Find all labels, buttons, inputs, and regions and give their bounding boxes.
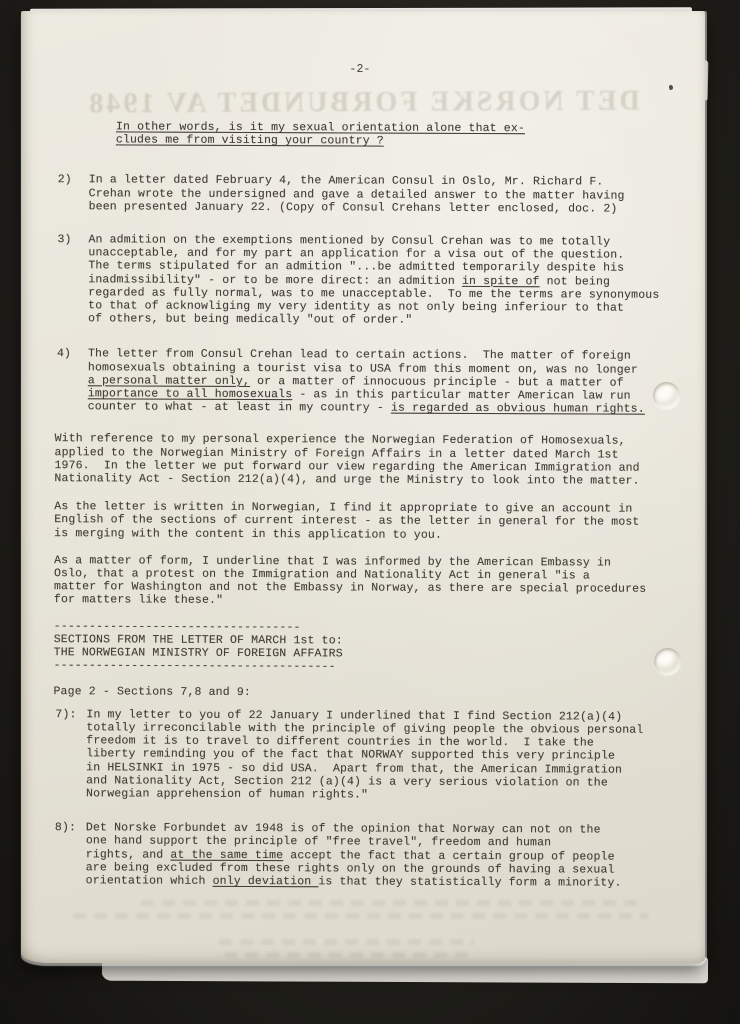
text-lines: In a letter dated February 4, the Americ… — [89, 174, 625, 216]
para-letter-language: As the letter is written in Norwegian, I… — [54, 500, 703, 542]
bleedthrough-text-row — [141, 900, 641, 906]
text-segment: of others, but being medically "out of o… — [88, 313, 412, 327]
text-segment: only deviation — [213, 875, 319, 888]
text-lines: An admition on the exemptions mentioned … — [88, 233, 660, 328]
text-line: ----------------------------------- — [54, 620, 301, 634]
bleedthrough-text-row — [73, 913, 649, 919]
text-segment: is merging with the content in this appl… — [54, 527, 442, 542]
text-segment: counter to what - at least in my country… — [88, 401, 391, 415]
text-lines: In my letter to you of 22 January I unde… — [86, 708, 643, 803]
text-lines: Page 2 - Sections 7,8 and 9: — [53, 685, 250, 699]
page2-sections-note: Page 2 - Sections 7,8 and 9: — [53, 685, 702, 701]
text-segment: importance to all homosexuals — [88, 387, 293, 401]
text-lines: With reference to my personal experience… — [54, 433, 639, 488]
text-segment: been presented January 22. (Copy of Cons… — [89, 200, 618, 215]
text-segment: orientation which — [86, 874, 213, 888]
text-segment: not being — [540, 275, 611, 288]
bleedthrough-text-row — [219, 939, 475, 945]
text-line: cludes me from visiting your country ? — [116, 134, 525, 149]
text-segment: or a matter of innocuous principle - but… — [250, 375, 624, 390]
text-lines: SECTIONS FROM THE LETTER OF MARCH 1st to… — [54, 633, 343, 661]
text-line: THE NORWEGIAN MINISTRY OF FOREIGN AFFAIR… — [54, 646, 343, 660]
document-body: In other words, is it my sexual orientat… — [21, 120, 705, 890]
text-line: Nationality Act - Section 212(a)(4), and… — [54, 472, 639, 488]
text-line: of others, but being medically "out of o… — [88, 313, 659, 329]
text-segment: - as in this particular matter American … — [292, 388, 631, 402]
text-line: Page 2 - Sections 7,8 and 9: — [53, 685, 250, 699]
desk-background: DET NORSKE FORBUNDET AV 1948 -2- In othe… — [0, 0, 740, 1024]
item-marker: 4) — [57, 348, 88, 361]
text-segment: for matters like these." — [54, 594, 223, 608]
para-federation-letter: With reference to my personal experience… — [54, 433, 703, 489]
text-segment: inadmissibility" - or to be more direct:… — [88, 273, 462, 288]
bleedthrough-text-row — [224, 952, 468, 958]
text-line: SECTIONS FROM THE LETTER OF MARCH 1st to… — [54, 633, 343, 647]
list-item-4: 4)The letter from Consul Crehan lead to … — [57, 348, 704, 417]
text-segment: ----------------------------------- — [54, 620, 301, 634]
text-lines: As a matter of form, I underline that I … — [54, 554, 647, 609]
text-line: ---------------------------------------- — [54, 659, 336, 673]
text-lines: The letter from Consul Crehan lead to ce… — [88, 348, 645, 416]
text-segment: is that they statistically form a minori… — [318, 875, 621, 889]
text-segment: a personal matter only, — [88, 374, 250, 388]
text-line: Norwegian apprehension of human rights." — [86, 787, 643, 803]
separator-dashes: ---------------------------------------- — [54, 659, 703, 675]
text-line: for matters like these." — [54, 594, 646, 610]
text-segment: Norwegian apprehension of human rights." — [86, 787, 368, 801]
text-line: counter to what - at least in my country… — [88, 401, 645, 417]
text-segment: rights, and — [86, 848, 171, 861]
text-segment: is regarded as obvious human rights. — [391, 402, 645, 416]
text-segment: THE NORWEGIAN MINISTRY OF FOREIGN AFFAIR… — [54, 646, 343, 660]
opening-question: In other words, is it my sexual orientat… — [116, 120, 705, 149]
punch-hole-emboss — [653, 382, 680, 409]
text-line: been presented January 22. (Copy of Cons… — [89, 200, 625, 216]
text-segment: accept the fact that a certain group of … — [283, 849, 614, 863]
text-line: orientation which only deviation is that… — [86, 874, 622, 890]
text-lines: ---------------------------------------- — [54, 659, 336, 673]
text-segment: ---------------------------------------- — [54, 659, 336, 673]
list-item-3: 3)An admition on the exemptions mentione… — [57, 233, 704, 328]
text-segment: Nationality Act - Section 212(a)(4), and… — [54, 472, 639, 488]
para-matter-of-form: As a matter of form, I underline that I … — [54, 554, 703, 610]
text-segment: Page 2 - Sections 7,8 and 9: — [53, 685, 250, 699]
item-marker: 3) — [57, 233, 88, 246]
text-lines: In other words, is it my sexual orientat… — [116, 120, 525, 148]
item-marker: 8): — [55, 821, 86, 834]
sections-header: SECTIONS FROM THE LETTER OF MARCH 1st to… — [54, 633, 703, 662]
list-item-7: 7):In my letter to you of 22 January I u… — [55, 708, 702, 803]
item-marker: 7): — [55, 708, 86, 721]
list-item-8: 8):Det Norske Forbundet av 1948 is of th… — [55, 821, 702, 890]
text-segment: at the same time — [170, 848, 283, 861]
ink-speck — [669, 85, 673, 90]
text-segment: SECTIONS FROM THE LETTER OF MARCH 1st to… — [54, 633, 343, 647]
text-lines: Det Norske Forbundet av 1948 is of the o… — [86, 821, 622, 889]
bleedthrough-letterhead-text: DET NORSKE FORBUNDET AV 1948 — [61, 85, 665, 120]
text-lines: As the letter is written in Norwegian, I… — [54, 500, 639, 542]
text-lines: ----------------------------------- — [54, 620, 301, 634]
text-segment: cludes me from visiting your country ? — [116, 134, 384, 148]
page-number: -2- — [21, 63, 699, 76]
document-page: DET NORSKE FORBUNDET AV 1948 -2- In othe… — [21, 11, 705, 963]
list-item-2: 2)In a letter dated February 4, the Amer… — [58, 174, 705, 216]
punch-hole-emboss — [654, 648, 681, 675]
text-segment: in spite of — [462, 275, 540, 288]
item-marker: 2) — [58, 174, 89, 187]
text-line: is merging with the content in this appl… — [54, 527, 639, 543]
